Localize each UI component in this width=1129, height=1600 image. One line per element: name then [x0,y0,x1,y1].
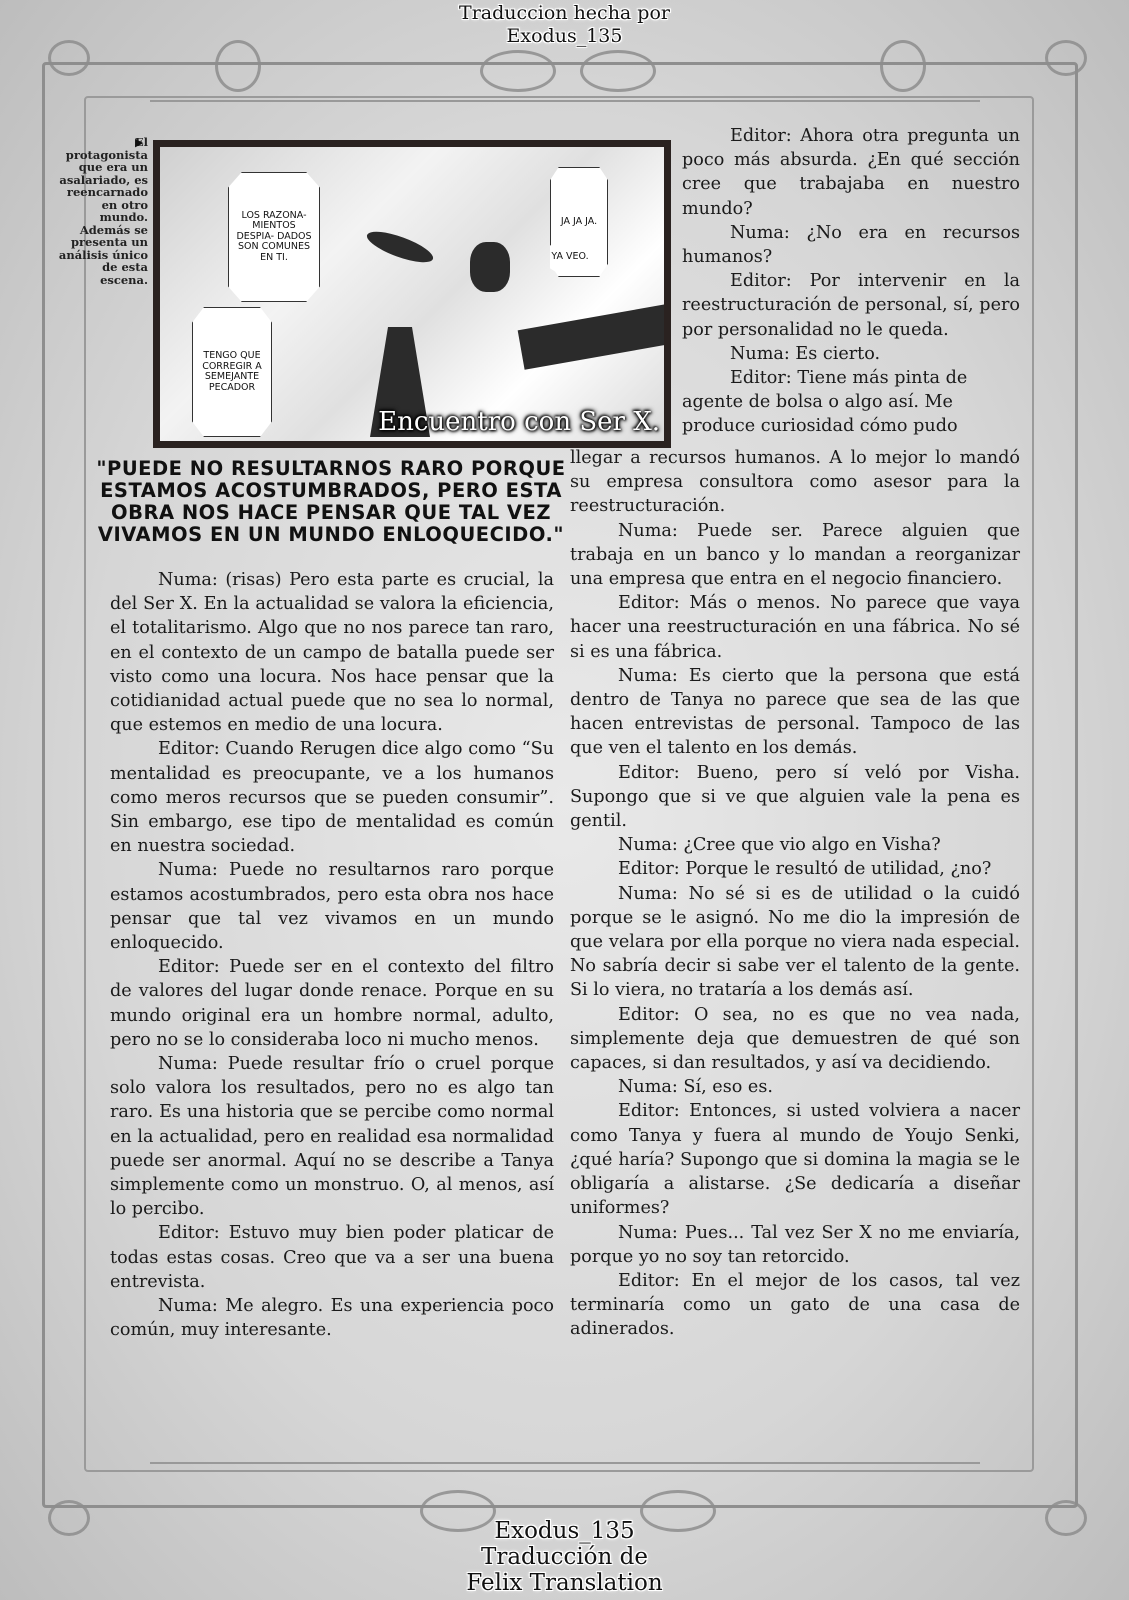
swirl-ornament-icon [480,50,556,92]
pull-quote: "Puede no resultarnos raro porque estamo… [96,458,566,546]
caption-arrow-icon: ▶ [135,136,143,149]
interview-column-right-bottom: llegar a recursos humanos. A lo mejor lo… [570,446,1020,1342]
paragraph: Numa: Es cierto que la persona que está … [570,664,1020,761]
paragraph: Editor: En el mejor de los casos, tal ve… [570,1269,1020,1342]
footer-line-2: Traducción de [0,1544,1129,1570]
paragraph: Editor: Porque le resultó de utilidad, ¿… [570,857,1020,881]
paragraph: Numa: Puede ser. Parece alguien que trab… [570,519,1020,592]
figure-silhouette [518,304,664,369]
speech-bubble: YA VEO. [550,242,590,272]
paragraph: Numa: ¿No era en recursos humanos? [682,221,1020,269]
figure-silhouette [470,242,510,292]
paragraph: Editor: Más o menos. No parece que vaya … [570,591,1020,664]
sidebar-caption: El protagonista que era un asalariado, e… [52,136,148,286]
translator-credit-footer: Exodus_135 Traducción de Felix Translati… [0,1518,1129,1596]
paragraph: Numa: Es cierto. [682,342,1020,366]
manga-panel-image: LOS RAZONA- MIENTOS DESPIA- DADOS SON CO… [160,147,664,441]
paragraph: Editor: Ahora otra pregunta un poco más … [682,124,1020,221]
frame-rail-top [150,100,980,102]
paragraph: Editor: Puede ser en el contexto del fil… [110,955,554,1052]
paragraph: Numa: ¿Cree que vio algo en Visha? [570,833,1020,857]
paragraph: Editor: Entonces, si usted volviera a na… [570,1099,1020,1220]
paragraph: Editor: Bueno, pero sí veló por Visha. S… [570,761,1020,834]
translator-credit-header: Traduccion hecha por Exodus_135 [0,2,1129,48]
speech-bubble: LOS RAZONA- MIENTOS DESPIA- DADOS SON CO… [228,172,320,302]
manga-panel: LOS RAZONA- MIENTOS DESPIA- DADOS SON CO… [153,140,671,448]
credit-line-2: Exodus_135 [0,25,1129,48]
panel-caption: Encuentro con Ser X. [378,407,660,437]
figure-silhouette [364,226,437,269]
paragraph: Numa: No sé si es de utilidad o la cuidó… [570,882,1020,1003]
paragraph: Numa: Pues... Tal vez Ser X no me enviar… [570,1221,1020,1269]
swirl-ornament-icon [580,50,656,92]
paragraph: Editor: Tiene más pinta de agente de bol… [682,366,1020,439]
paragraph: Numa: Sí, eso es. [570,1075,1020,1099]
paragraph: Editor: Por intervenir en la reestructur… [682,269,1020,342]
paragraph: Editor: O sea, no es que no vea nada, si… [570,1003,1020,1076]
frame-rail-bottom [150,1462,980,1464]
speech-bubble: TENGO QUE CORREGIR A SEMEJANTE PECADOR [192,307,272,437]
paragraph: Editor: Cuando Rerugen dice algo como “S… [110,737,554,858]
paragraph: Editor: Estuvo muy bien poder platicar d… [110,1221,554,1294]
interview-column-left: Numa: (risas) Pero esta parte es crucial… [110,568,554,1343]
caption-text: El protagonista que era un asalariado, e… [59,135,148,287]
paragraph: Numa: (risas) Pero esta parte es crucial… [110,568,554,737]
paragraph: llegar a recursos humanos. A lo mejor lo… [570,446,1020,519]
footer-line-1: Exodus_135 [0,1518,1129,1544]
footer-line-3: Felix Translation [0,1570,1129,1596]
interview-column-right-top: Editor: Ahora otra pregunta un poco más … [682,124,1020,439]
paragraph: Numa: Me alegro. Es una experiencia poco… [110,1294,554,1342]
paragraph: Numa: Puede resultar frío o cruel porque… [110,1052,554,1221]
credit-line-1: Traduccion hecha por [0,2,1129,25]
paragraph: Numa: Puede no resultarnos raro porque e… [110,858,554,955]
